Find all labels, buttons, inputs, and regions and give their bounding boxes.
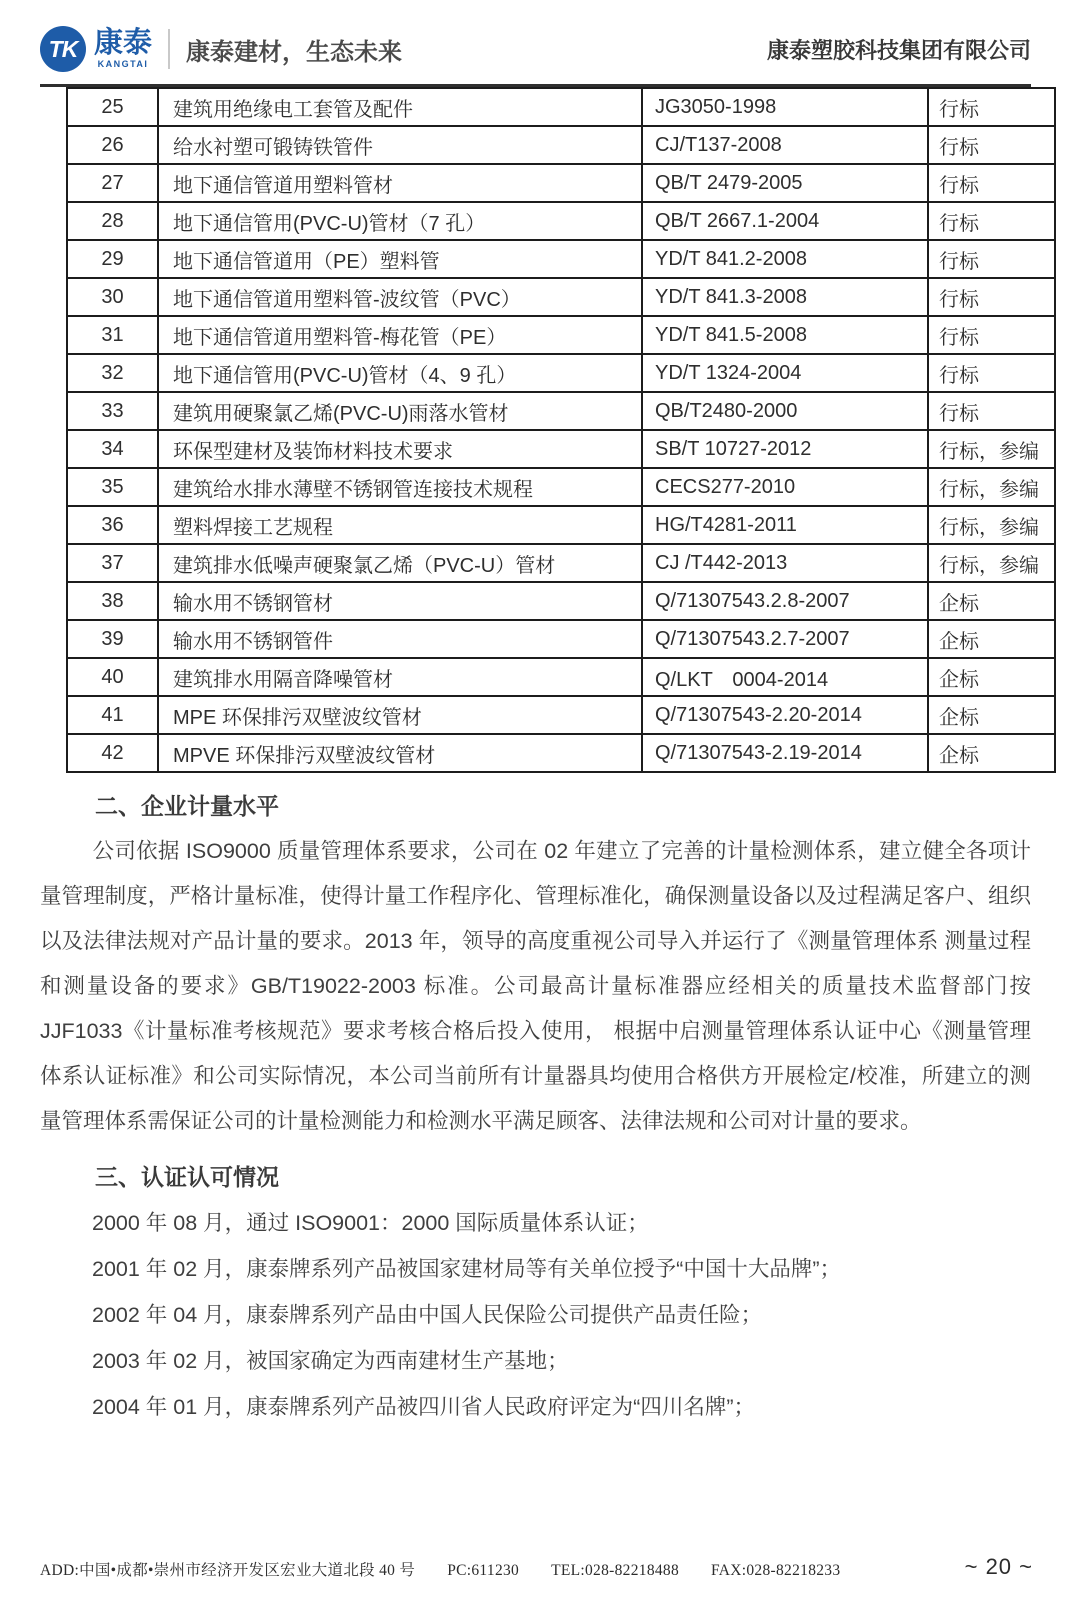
standard-code: YD/T 1324-2004 xyxy=(642,354,928,392)
table-row: 39输水用不锈钢管件Q/71307543.2.7-2007企标 xyxy=(67,620,1055,658)
row-number: 31 xyxy=(67,316,158,354)
footer-telephone: TEL:028-82218488 xyxy=(551,1562,679,1579)
logo-tk-icon: TK xyxy=(40,26,86,72)
page-number: ~ 20 ~ xyxy=(965,1554,1033,1580)
standard-type: 行标 xyxy=(928,240,1055,278)
certification-item: 2000 年 08 月，通过 ISO9001：2000 国际质量体系认证； xyxy=(92,1200,1031,1246)
row-number: 37 xyxy=(67,544,158,582)
row-number: 35 xyxy=(67,468,158,506)
table-row: 42MPVE 环保排污双壁波纹管材Q/71307543-2.19-2014企标 xyxy=(67,734,1055,772)
standard-code: CJ /T442-2013 xyxy=(642,544,928,582)
table-row: 38输水用不锈钢管材Q/71307543.2.8-2007企标 xyxy=(67,582,1055,620)
standard-code: CECS277-2010 xyxy=(642,468,928,506)
standard-name: 地下通信管道用塑料管-梅花管（PE） xyxy=(158,316,642,354)
table-row: 32地下通信管用(PVC-U)管材（4、9 孔）YD/T 1324-2004行标 xyxy=(67,354,1055,392)
standard-name: MPE 环保排污双壁波纹管材 xyxy=(158,696,642,734)
table-row: 35建筑给水排水薄壁不锈钢管连接技术规程CECS277-2010行标，参编 xyxy=(67,468,1055,506)
table-row: 26给水衬塑可锻铸铁管件CJ/T137-2008行标 xyxy=(67,126,1055,164)
standard-name: 地下通信管道用塑料管-波纹管（PVC） xyxy=(158,278,642,316)
certification-item: 2003 年 02 月，被国家确定为西南建材生产基地； xyxy=(92,1338,1031,1384)
standard-type: 行标 xyxy=(928,278,1055,316)
standard-type: 行标 xyxy=(928,126,1055,164)
standard-type: 行标 xyxy=(928,316,1055,354)
certification-item: 2004 年 01 月，康泰牌系列产品被四川省人民政府评定为“四川名牌”； xyxy=(92,1384,1031,1430)
table-row: 31地下通信管道用塑料管-梅花管（PE）YD/T 841.5-2008行标 xyxy=(67,316,1055,354)
standard-code: YD/T 841.5-2008 xyxy=(642,316,928,354)
logo-divider xyxy=(168,29,170,69)
standard-name: 给水衬塑可锻铸铁管件 xyxy=(158,126,642,164)
table-row: 34环保型建材及装饰材料技术要求SB/T 10727-2012行标，参编 xyxy=(67,430,1055,468)
row-number: 29 xyxy=(67,240,158,278)
standard-name: 建筑排水用隔音降噪管材 xyxy=(158,658,642,696)
standard-code: QB/T 2479-2005 xyxy=(642,164,928,202)
company-slogan: 康泰建材，生态未来 xyxy=(186,32,402,67)
row-number: 26 xyxy=(67,126,158,164)
row-number: 39 xyxy=(67,620,158,658)
standard-code: QB/T2480-2000 xyxy=(642,392,928,430)
standards-table: 25建筑用绝缘电工套管及配件JG3050-1998行标26给水衬塑可锻铸铁管件C… xyxy=(66,87,1056,773)
standard-type: 行标，参编 xyxy=(928,430,1055,468)
company-logo: TK 康泰 KANGTAI 康泰建材，生态未来 xyxy=(40,26,402,72)
standard-code: YD/T 841.3-2008 xyxy=(642,278,928,316)
standard-name: 地下通信管用(PVC-U)管材（7 孔） xyxy=(158,202,642,240)
standard-type: 行标 xyxy=(928,392,1055,430)
table-row: 25建筑用绝缘电工套管及配件JG3050-1998行标 xyxy=(67,88,1055,126)
logo-brand-en: KANGTAI xyxy=(98,60,149,69)
standard-code: QB/T 2667.1-2004 xyxy=(642,202,928,240)
standard-code: Q/71307543-2.19-2014 xyxy=(642,734,928,772)
standard-name: 塑料焊接工艺规程 xyxy=(158,506,642,544)
standard-code: HG/T4281-2011 xyxy=(642,506,928,544)
row-number: 40 xyxy=(67,658,158,696)
section2-paragraph: 公司依据 ISO9000 质量管理体系要求，公司在 02 年建立了完善的计量检测… xyxy=(40,829,1031,1144)
row-number: 36 xyxy=(67,506,158,544)
standards-table-body: 25建筑用绝缘电工套管及配件JG3050-1998行标26给水衬塑可锻铸铁管件C… xyxy=(67,88,1055,772)
standard-code: YD/T 841.2-2008 xyxy=(642,240,928,278)
row-number: 42 xyxy=(67,734,158,772)
standard-type: 企标 xyxy=(928,696,1055,734)
table-row: 41MPE 环保排污双壁波纹管材Q/71307543-2.20-2014企标 xyxy=(67,696,1055,734)
standard-code: SB/T 10727-2012 xyxy=(642,430,928,468)
page-footer: ADD:中国•成都•崇州市经济开发区宏业大道北段 40 号PC:611230TE… xyxy=(40,1554,1033,1580)
standard-type: 行标 xyxy=(928,164,1055,202)
certification-item: 2002 年 04 月，康泰牌系列产品由中国人民保险公司提供产品责任险； xyxy=(92,1292,1031,1338)
footer-fax: FAX:028-82218233 xyxy=(711,1562,840,1579)
footer-postcode: PC:611230 xyxy=(447,1562,519,1579)
table-row: 28地下通信管用(PVC-U)管材（7 孔）QB/T 2667.1-2004行标 xyxy=(67,202,1055,240)
standard-type: 行标 xyxy=(928,354,1055,392)
standard-type: 行标，参编 xyxy=(928,544,1055,582)
row-number: 27 xyxy=(67,164,158,202)
row-number: 28 xyxy=(67,202,158,240)
standard-type: 企标 xyxy=(928,734,1055,772)
table-row: 36塑料焊接工艺规程HG/T4281-2011行标，参编 xyxy=(67,506,1055,544)
standard-name: 建筑用硬聚氯乙烯(PVC-U)雨落水管材 xyxy=(158,392,642,430)
standard-name: MPVE 环保排污双壁波纹管材 xyxy=(158,734,642,772)
standard-name: 地下通信管用(PVC-U)管材（4、9 孔） xyxy=(158,354,642,392)
page-header: TK 康泰 KANGTAI 康泰建材，生态未来 康泰塑胶科技集团有限公司 xyxy=(40,0,1031,87)
section2-heading: 二、企业计量水平 xyxy=(95,791,1031,821)
table-row: 27地下通信管道用塑料管材QB/T 2479-2005行标 xyxy=(67,164,1055,202)
standard-name: 输水用不锈钢管件 xyxy=(158,620,642,658)
section3-heading: 三、认证认可情况 xyxy=(95,1162,1031,1192)
row-number: 34 xyxy=(67,430,158,468)
standard-type: 行标，参编 xyxy=(928,506,1055,544)
standard-name: 建筑排水低噪声硬聚氯乙烯（PVC-U）管材 xyxy=(158,544,642,582)
standard-type: 行标 xyxy=(928,88,1055,126)
table-row: 29地下通信管道用（PE）塑料管YD/T 841.2-2008行标 xyxy=(67,240,1055,278)
row-number: 30 xyxy=(67,278,158,316)
row-number: 41 xyxy=(67,696,158,734)
logo-brand-cn: 康泰 xyxy=(94,29,152,58)
standard-type: 企标 xyxy=(928,620,1055,658)
standard-name: 地下通信管道用（PE）塑料管 xyxy=(158,240,642,278)
document-page: TK 康泰 KANGTAI 康泰建材，生态未来 康泰塑胶科技集团有限公司 25建… xyxy=(0,0,1071,1430)
standard-code: Q/71307543.2.8-2007 xyxy=(642,582,928,620)
logo-brand-block: 康泰 KANGTAI xyxy=(94,29,152,69)
table-row: 33建筑用硬聚氯乙烯(PVC-U)雨落水管材QB/T2480-2000行标 xyxy=(67,392,1055,430)
row-number: 25 xyxy=(67,88,158,126)
standard-code: Q/LKT 0004-2014 xyxy=(642,658,928,696)
company-name: 康泰塑胶科技集团有限公司 xyxy=(767,34,1031,65)
standard-code: CJ/T137-2008 xyxy=(642,126,928,164)
row-number: 38 xyxy=(67,582,158,620)
standard-code: Q/71307543.2.7-2007 xyxy=(642,620,928,658)
row-number: 33 xyxy=(67,392,158,430)
standard-code: Q/71307543-2.20-2014 xyxy=(642,696,928,734)
footer-contact-info: ADD:中国•成都•崇州市经济开发区宏业大道北段 40 号PC:611230TE… xyxy=(40,1558,840,1580)
footer-address: ADD:中国•成都•崇州市经济开发区宏业大道北段 40 号 xyxy=(40,1562,415,1579)
standard-type: 企标 xyxy=(928,582,1055,620)
standard-name: 建筑用绝缘电工套管及配件 xyxy=(158,88,642,126)
certification-item: 2001 年 02 月，康泰牌系列产品被国家建材局等有关单位授予“中国十大品牌”… xyxy=(92,1246,1031,1292)
standard-code: JG3050-1998 xyxy=(642,88,928,126)
standard-type: 行标 xyxy=(928,202,1055,240)
table-row: 30地下通信管道用塑料管-波纹管（PVC）YD/T 841.3-2008行标 xyxy=(67,278,1055,316)
standard-name: 环保型建材及装饰材料技术要求 xyxy=(158,430,642,468)
row-number: 32 xyxy=(67,354,158,392)
standard-name: 输水用不锈钢管材 xyxy=(158,582,642,620)
standard-name: 建筑给水排水薄壁不锈钢管连接技术规程 xyxy=(158,468,642,506)
table-row: 37建筑排水低噪声硬聚氯乙烯（PVC-U）管材CJ /T442-2013行标，参… xyxy=(67,544,1055,582)
standard-type: 行标，参编 xyxy=(928,468,1055,506)
standard-type: 企标 xyxy=(928,658,1055,696)
standard-name: 地下通信管道用塑料管材 xyxy=(158,164,642,202)
certification-list: 2000 年 08 月，通过 ISO9001：2000 国际质量体系认证；200… xyxy=(40,1200,1031,1430)
table-row: 40建筑排水用隔音降噪管材Q/LKT 0004-2014企标 xyxy=(67,658,1055,696)
